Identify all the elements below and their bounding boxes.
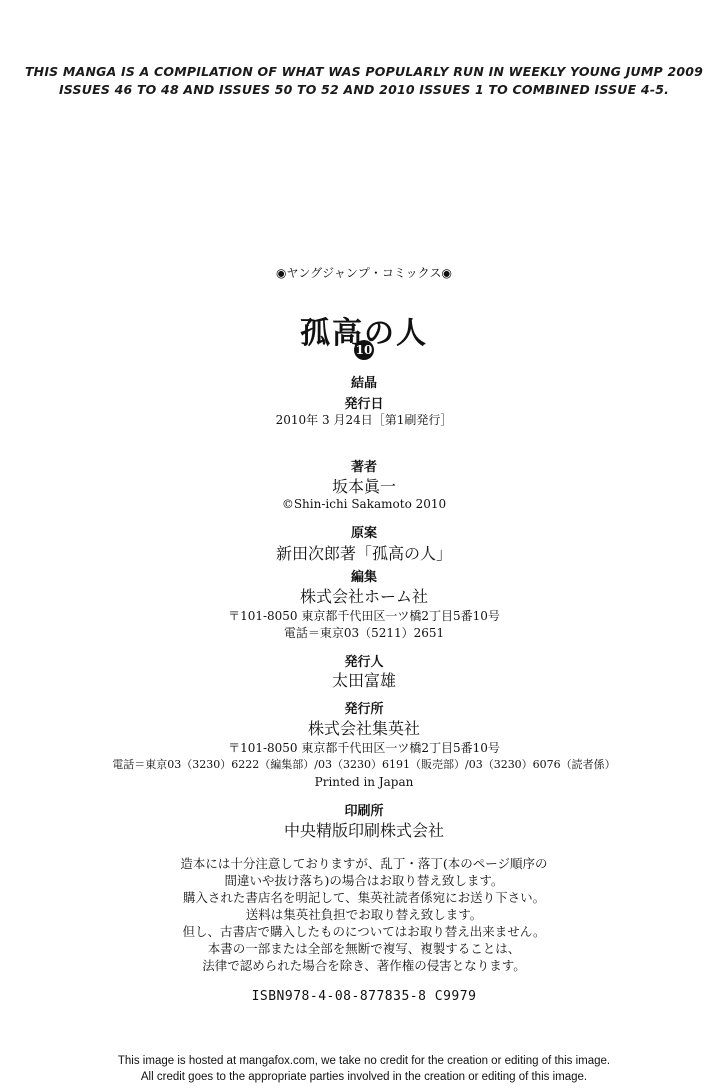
footer-line-2: All credit goes to the appropriate parti… [0,1071,728,1083]
publisher-label: 発行所 [0,698,728,717]
editor-label: 編集 [0,566,728,585]
author-name: 坂本眞一 [0,474,728,497]
pub-date-value: 2010年 3 月24日［第1刷発行］ [0,411,728,428]
notice-line: 購入された書店名を明記して、集英社読者係宛にお送り下さい。 [0,889,728,906]
notice-line: 但し、古書店で購入したものについてはお取り替え出来ません。 [0,923,728,940]
subtitle: 結晶 [0,372,728,391]
notice-line: 間違いや抜け落ち)の場合はお取り替え致します。 [0,872,728,889]
translator-note-line-2: issues 46 to 48 and issues 50 to 52 and … [0,82,728,97]
editor-phone: 電話＝東京03（5211）2651 [0,624,728,641]
publisher-address: 〒101-8050 東京都千代田区一ツ橋2丁目5番10号 [0,739,728,756]
editor-company: 株式会社ホーム社 [0,584,728,607]
publisher-phone: 電話＝東京03（3230）6222（編集部）/03（3230）6191（販売部）… [0,756,728,772]
publisher-person-name: 太田富雄 [0,668,728,691]
isbn: ISBN978-4-08-877835-8 C9979 [0,989,728,1004]
notice-line: 造本には十分注意しておりますが、乱丁・落丁(本のページ順序の [0,855,728,872]
printer-label: 印刷所 [0,800,728,819]
notice-line: 本書の一部または全部を無断で複写、複製することは、 [0,940,728,957]
footer-line-1: This image is hosted at mangafox.com, we… [0,1055,728,1067]
notice-line: 送料は集英社負担でお取り替え致します。 [0,906,728,923]
translator-note-line-1: This manga is a compilation of what was … [0,64,728,79]
printer-company: 中央精版印刷株式会社 [0,818,728,841]
editor-address: 〒101-8050 東京都千代田区一ツ橋2丁目5番10号 [0,607,728,624]
author-label: 著者 [0,456,728,475]
author-copyright: ©Shin-ichi Sakamoto 2010 [0,497,728,511]
volume-badge-wrap: 10 [0,340,728,360]
volume-badge: 10 [354,340,374,360]
printed-in-japan: Printed in Japan [0,775,728,789]
notice-line: 法律で認められた場合を除き、著作権の侵害となります。 [0,957,728,974]
publisher-company: 株式会社集英社 [0,716,728,739]
series-label: ◉ヤングジャンプ・コミックス◉ [0,264,728,281]
original-work-value: 新田次郎著「孤高の人」 [0,541,728,564]
notice-block: 造本には十分注意しておりますが、乱丁・落丁(本のページ順序の 間違いや抜け落ち)… [0,855,728,974]
original-work-label: 原案 [0,522,728,541]
pub-date-label: 発行日 [0,393,728,412]
